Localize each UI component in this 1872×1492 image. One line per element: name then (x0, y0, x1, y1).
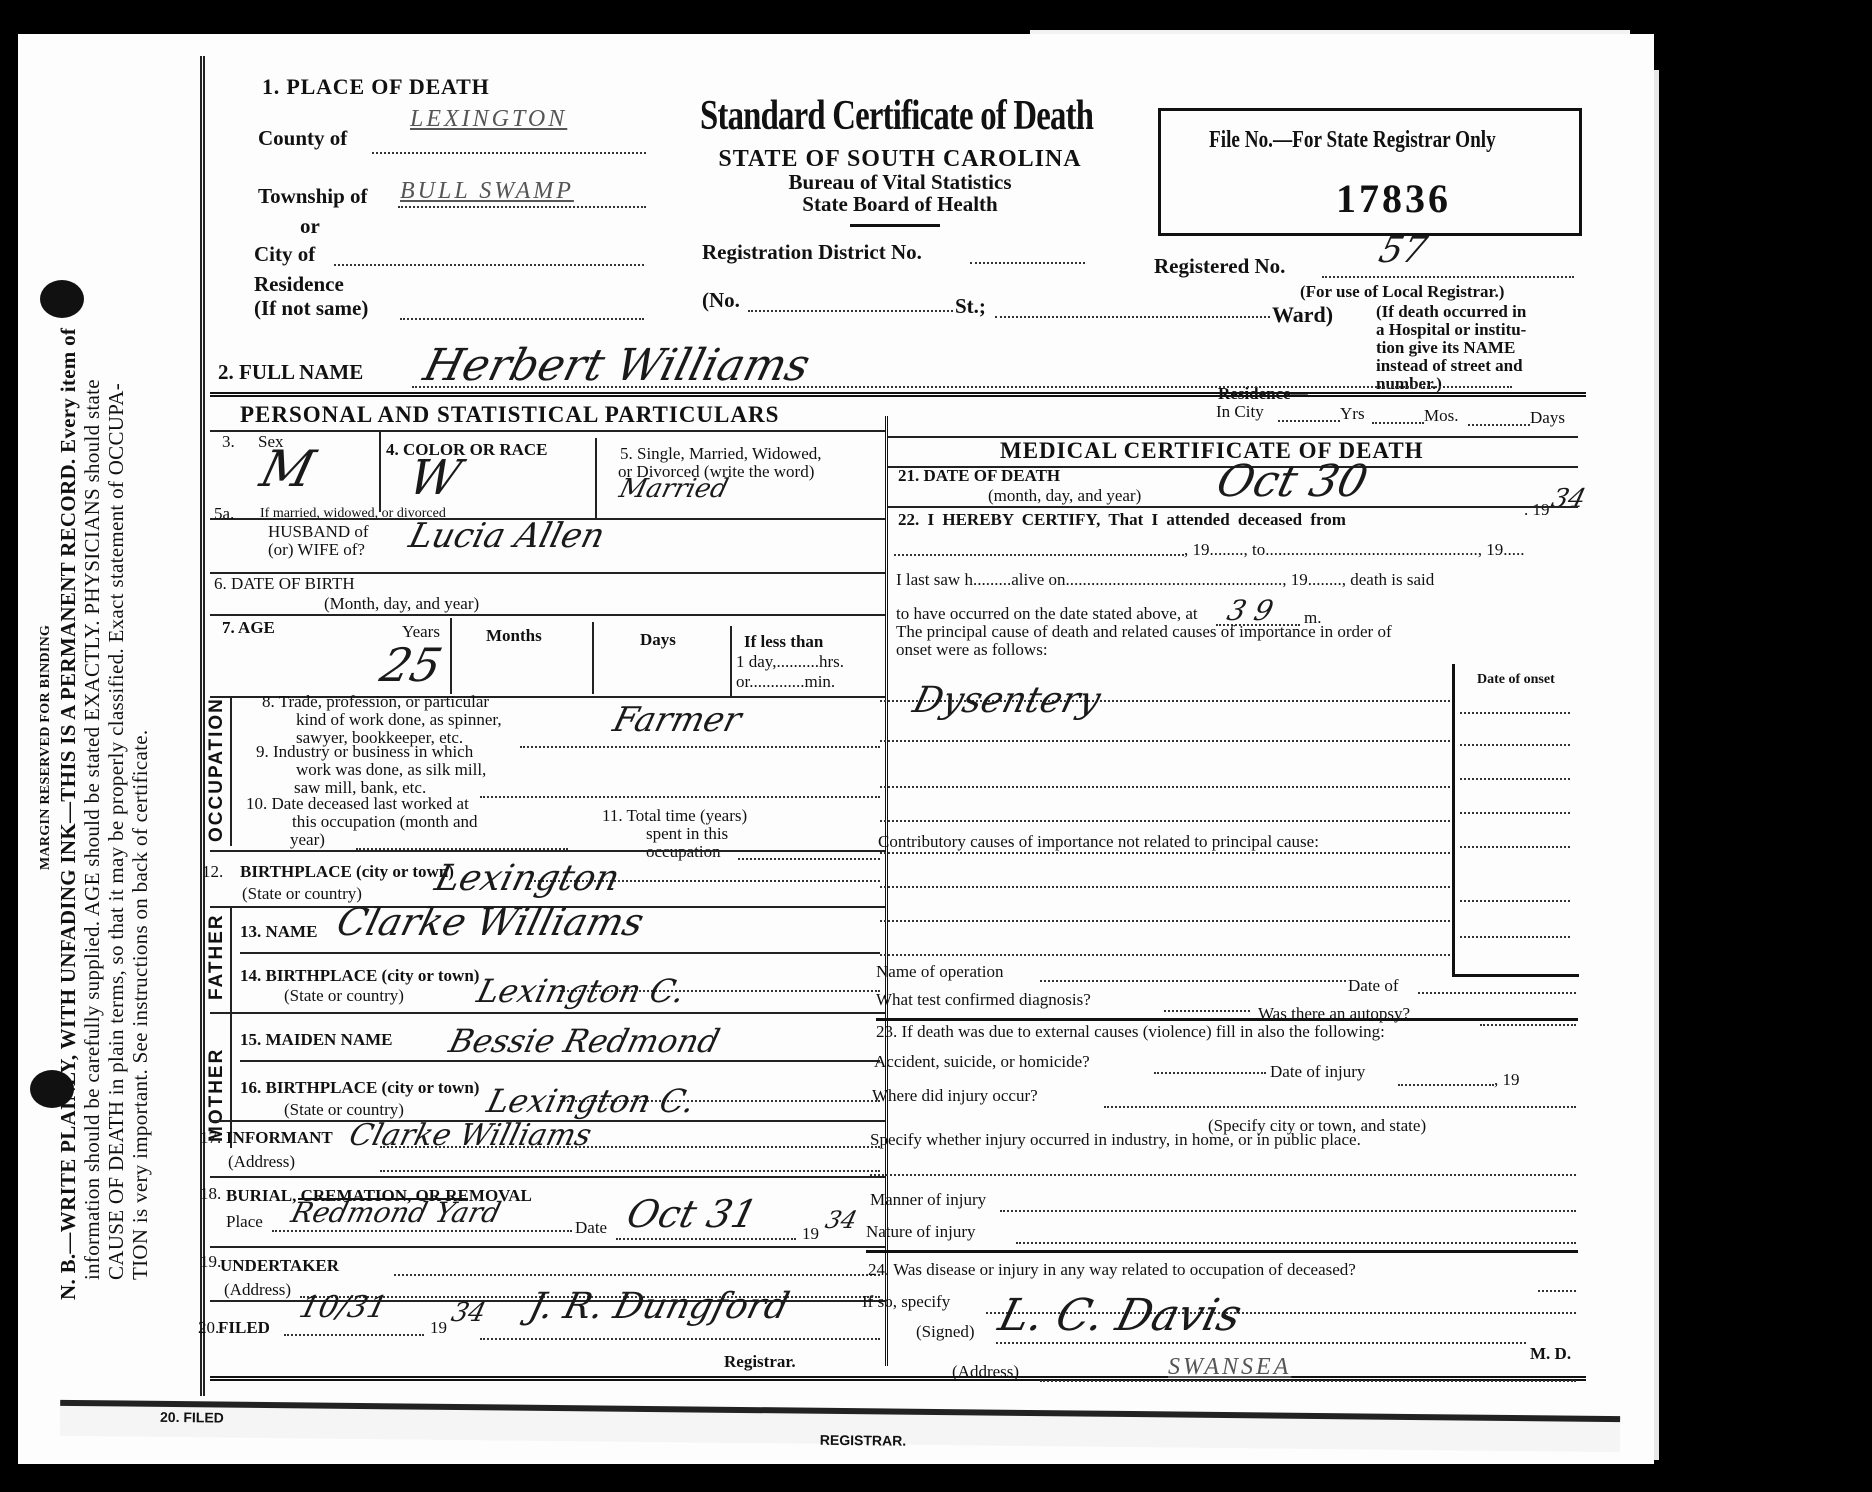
rule (240, 1060, 880, 1062)
mother-birthplace-sub: (State or country) (284, 1100, 404, 1120)
county-field-line (372, 152, 646, 154)
specify-place-label: Specify whether injury occurred in indus… (870, 1130, 1361, 1150)
mother-birthplace-label: 16. BIRTHPLACE (city or town) (240, 1078, 479, 1098)
full-name-divider (210, 392, 1586, 397)
industry-field-line[interactable] (480, 796, 880, 798)
occupation-side-label: OCCUPATION (206, 697, 228, 842)
industry-label-2: work was done, as silk mill, (296, 760, 486, 780)
rule (210, 1012, 885, 1014)
date-of-death-year-prefix: . 19 (1524, 500, 1550, 520)
father-name-value[interactable]: Clarke Williams (333, 900, 649, 944)
date-of-onset-column: Date of onset (1452, 664, 1579, 977)
filed-year-prefix: 19 (430, 1318, 447, 1338)
margin-instruction-line-1: N. B.—WRITE PLAINLY, WITH UNFADING INK—T… (56, 328, 81, 1300)
occupation-related-question: 24. Was disease or injury in any way rel… (868, 1260, 1356, 1280)
filed-label: FILED (218, 1318, 270, 1338)
signed-field-line (996, 1342, 1526, 1344)
township-value[interactable]: BULL SWAMP (400, 178, 574, 205)
informant-label: INFORMANT (226, 1128, 333, 1148)
filed-number: 20. (198, 1318, 219, 1338)
full-name-label: 2. FULL NAME (218, 360, 363, 385)
trade-value[interactable]: Farmer (609, 700, 745, 740)
margin-instruction-line-2: information should be carefully supplied… (80, 379, 105, 1280)
accident-field[interactable] (1154, 1072, 1266, 1074)
file-number-label: File No.—For State Registrar Only (1209, 127, 1496, 154)
contributory-line-2[interactable] (880, 920, 1450, 922)
test-diagnosis-field[interactable] (1164, 1010, 1250, 1012)
undertaker-address-label: (Address) (224, 1280, 291, 1300)
registrar-label: Registrar. (724, 1352, 796, 1372)
sex-number: 3. (222, 432, 235, 452)
residence-sub-label: (If not same) (254, 296, 368, 321)
board-name: State Board of Health (700, 192, 1100, 217)
township-label: Township of (258, 184, 368, 209)
or-label: or (300, 214, 320, 239)
operation-label: Name of operation (876, 962, 1003, 982)
birthplace-label: BIRTHPLACE (city or town) (240, 862, 454, 882)
cause-intro-2: onset were as follows: (896, 640, 1048, 660)
undertaker-number: 19. (200, 1252, 221, 1272)
injury-date-field[interactable] (1398, 1084, 1494, 1086)
onset-line-2[interactable] (1460, 744, 1570, 746)
informant-address-field[interactable] (380, 1170, 880, 1172)
where-injury-field[interactable] (1104, 1106, 1576, 1108)
father-birthplace-value[interactable]: Lexington C. (473, 972, 688, 1010)
specify-place-field[interactable] (870, 1174, 1576, 1176)
contributory-line-1[interactable] (880, 886, 1450, 888)
injury-year-prefix: , 19 (1494, 1070, 1520, 1090)
age-hours-label: 1 day,..........hrs. (736, 652, 844, 672)
rule (876, 1018, 1578, 1021)
trade-label-1: 8. Trade, profession, or particular (262, 692, 489, 712)
burial-date-field-line (616, 1238, 796, 1240)
onset-line-1[interactable] (1460, 712, 1570, 714)
file-number-value: 17836 (1336, 175, 1451, 222)
contributory-causes-label: Contributory causes of importance not re… (878, 832, 1319, 852)
burial-place-label: Place (226, 1212, 263, 1232)
marital-label-1: 5. Single, Married, Widowed, (620, 444, 822, 464)
date-of-onset-label: Date of onset (1477, 672, 1555, 688)
last-worked-label-3: year) (290, 830, 325, 850)
undertaker-field[interactable] (394, 1274, 880, 1276)
street-field[interactable] (995, 316, 1270, 318)
registered-no-field (1322, 276, 1574, 278)
filed-date-value[interactable]: 10/31 (296, 1290, 391, 1325)
father-birthplace-sub: (State or country) (284, 986, 404, 1006)
nature-injury-field[interactable] (1016, 1242, 1576, 1244)
rule (210, 1246, 885, 1248)
race-label: 4. COLOR OR RACE (386, 440, 548, 460)
onset-line-7[interactable] (1460, 936, 1570, 938)
undertaker-label: UNDERTAKER (220, 1256, 339, 1276)
registered-no-label: Registered No. (1154, 254, 1285, 279)
dob-sub-label: (Month, day, and year) (324, 594, 479, 614)
mother-maiden-label: 15. MAIDEN NAME (240, 1030, 393, 1050)
filed-date-field-line (284, 1334, 424, 1336)
informant-address-label: (Address) (228, 1152, 295, 1172)
state-name: STATE OF SOUTH CAROLINA (700, 146, 1100, 173)
spouse-label-3: (or) WIFE of? (268, 540, 365, 560)
manner-injury-field[interactable] (1000, 1210, 1576, 1212)
operation-field[interactable] (1040, 980, 1346, 982)
industry-label-1: 9. Industry or business in which (256, 742, 473, 762)
rule (592, 622, 594, 694)
manner-injury-label: Manner of injury (870, 1190, 986, 1210)
father-name-label: 13. NAME (240, 922, 317, 942)
injury-date-label: Date of injury (1270, 1062, 1365, 1082)
age-label: 7. AGE (222, 618, 275, 638)
physician-address-value[interactable]: SWANSEA (1168, 1354, 1291, 1381)
margin-binding-note: MARGIN RESERVED FOR BINDING (38, 625, 54, 870)
age-months-label: Months (486, 626, 542, 646)
rule (210, 850, 885, 852)
total-time-label-3: occupation (646, 842, 721, 862)
rule (450, 618, 452, 694)
age-minutes-label: or.............min. (736, 672, 835, 692)
father-side-label: FATHER (206, 913, 228, 1000)
total-time-label-1: 11. Total time (years) (602, 806, 747, 826)
dob-label: 6. DATE OF BIRTH (214, 574, 355, 594)
ward-label: Ward) (1272, 302, 1333, 328)
physician-signature[interactable]: L. C. Davis (994, 1290, 1247, 1341)
contributory-line-3[interactable] (880, 954, 1450, 956)
marital-value[interactable]: Married (616, 474, 731, 504)
certificate-title: Standard Certificate of Death (700, 92, 1093, 140)
mother-birthplace-value[interactable]: Lexington C. (483, 1082, 698, 1120)
header-divider (850, 224, 940, 227)
underlying-filed-label: 20. FILED (160, 1409, 224, 1426)
township-field-line (398, 206, 646, 208)
county-value[interactable]: LEXINGTON (410, 106, 567, 133)
autopsy-field[interactable] (1480, 1024, 1576, 1026)
rule (379, 432, 381, 512)
physician-address-field-line (1040, 1380, 1576, 1382)
rule (230, 696, 232, 846)
onset-line-6[interactable] (1460, 900, 1570, 902)
cause-line-4[interactable] (880, 820, 1450, 822)
underlying-registrar-label: REGISTRAR. (820, 1432, 907, 1449)
if-so-specify-label: If so, specify (862, 1292, 950, 1312)
onset-line-3[interactable] (1460, 778, 1570, 780)
informant-number: 17. (200, 1128, 221, 1148)
cause-line-3[interactable] (880, 786, 1450, 788)
mother-maiden-value[interactable]: Bessie Redmond (445, 1022, 723, 1060)
residence-label: Residence (254, 272, 344, 297)
residence-field-line[interactable] (400, 318, 644, 320)
file-number-box: File No.—For State Registrar Only 17836 (1158, 108, 1582, 236)
age-less-than-label: If less than (744, 632, 823, 652)
last-worked-label-2: this occupation (month and (292, 812, 478, 832)
autopsy-label: Was there an autopsy? (1258, 1004, 1410, 1024)
rule (240, 952, 880, 954)
in-city-months-field[interactable] (1372, 422, 1424, 424)
city-field-line[interactable] (334, 264, 644, 266)
total-time-label-2: spent in this (646, 824, 728, 844)
in-city-days-field[interactable] (1468, 424, 1530, 426)
rule (210, 430, 885, 432)
external-causes-label: 23. If death was due to external causes … (876, 1022, 1385, 1042)
rule (210, 614, 885, 616)
physician-address-label: (Address) (952, 1362, 1019, 1382)
trade-field-line (520, 746, 880, 748)
cause-line-2[interactable] (880, 740, 1450, 742)
occupation-related-field[interactable] (1538, 1290, 1576, 1292)
personal-section-heading: PERSONAL AND STATISTICAL PARTICULARS (240, 402, 779, 428)
signed-label: (Signed) (916, 1322, 975, 1342)
birthplace-number: 12. (202, 862, 223, 882)
certify-statement: 22. I HEREBY CERTIFY, That I attended de… (898, 510, 1346, 530)
where-injury-label: Where did injury occur? (872, 1086, 1038, 1106)
burial-year-prefix: 19 (802, 1224, 819, 1244)
rule (230, 906, 232, 1012)
street-label: St.; (955, 294, 986, 319)
burial-place-field-line (272, 1230, 572, 1232)
last-saw-line: I last saw h.........alive on...........… (896, 570, 1434, 590)
nature-injury-label: Nature of injury (866, 1222, 976, 1242)
months-label: Mos. (1424, 406, 1458, 426)
rule (866, 1250, 1578, 1253)
age-days-label: Days (640, 630, 676, 650)
principal-cause-value[interactable]: Dysentery (909, 680, 1105, 721)
onset-line-5[interactable] (1460, 846, 1570, 848)
city-label: City of (254, 242, 315, 267)
registrar-field-line (480, 1338, 880, 1340)
onset-line-4[interactable] (1460, 812, 1570, 814)
street-no-label: (No. (702, 288, 740, 313)
in-city-label: In City (1216, 402, 1264, 422)
birthplace-value[interactable]: Lexington (431, 858, 624, 899)
burial-date-value[interactable]: Oct 31 (623, 1192, 762, 1236)
operation-date-label: Date of (1348, 976, 1399, 996)
spouse-number: 5a. (214, 504, 234, 524)
burial-date-label: Date (575, 1218, 607, 1238)
burial-number: 18. (200, 1184, 221, 1204)
place-of-death-heading: 1. PLACE OF DEATH (262, 74, 490, 100)
rule (730, 626, 732, 696)
registrar-signature[interactable]: J. R. Dungford (525, 1286, 793, 1327)
father-birthplace-label: 14. BIRTHPLACE (city or town) (240, 966, 479, 986)
cause-line-5[interactable] (880, 852, 1450, 854)
test-diagnosis-label: What test confirmed diagnosis? (876, 990, 1091, 1010)
md-label: M. D. (1530, 1344, 1571, 1364)
date-of-death-sub-label: (month, day, and year) (988, 486, 1141, 506)
attended-line: , 19........, to........................… (1184, 540, 1524, 560)
date-of-death-label: 21. DATE OF DEATH (898, 466, 1060, 486)
operation-date-field[interactable] (1418, 992, 1576, 994)
days-label: Days (1530, 408, 1565, 428)
accident-label: Accident, suicide, or homicide? (874, 1052, 1090, 1072)
in-city-years-field[interactable] (1278, 420, 1340, 422)
years-label: Yrs (1340, 404, 1365, 424)
occurred-line: to have occurred on the date stated abov… (896, 604, 1198, 624)
burial-place-value[interactable]: Redmond Yard (288, 1196, 504, 1229)
rule (888, 506, 1578, 508)
spouse-value[interactable]: Lucia Allen (405, 516, 609, 556)
rule (595, 438, 597, 518)
trade-label-2: kind of work done, as spinner, (296, 710, 502, 730)
spouse-label-2: HUSBAND of (268, 522, 369, 542)
last-worked-label-1: 10. Date deceased last worked at (246, 794, 469, 814)
registration-district-label: Registration District No. (702, 240, 922, 265)
margin-instruction-line-4: TION is very important. See instructions… (128, 730, 153, 1280)
street-no-field[interactable] (748, 310, 953, 312)
margin-instruction-line-3: CAUSE OF DEATH in plain terms, so that i… (104, 383, 129, 1280)
total-time-field-line[interactable] (738, 858, 880, 860)
registration-district-field[interactable] (970, 262, 1085, 264)
date-of-death-value[interactable]: Oct 30 (1212, 456, 1373, 507)
full-name-value[interactable]: Herbert Williams (419, 340, 815, 391)
attended-from-field[interactable] (894, 554, 1184, 556)
binding-hole-icon (40, 280, 84, 318)
county-label: County of (258, 126, 347, 151)
cause-intro-1: The principal cause of death and related… (896, 622, 1392, 642)
local-registrar-note: (For use of Local Registrar.) (1300, 282, 1504, 302)
informant-field-line (380, 1146, 880, 1148)
rule (210, 1176, 885, 1178)
